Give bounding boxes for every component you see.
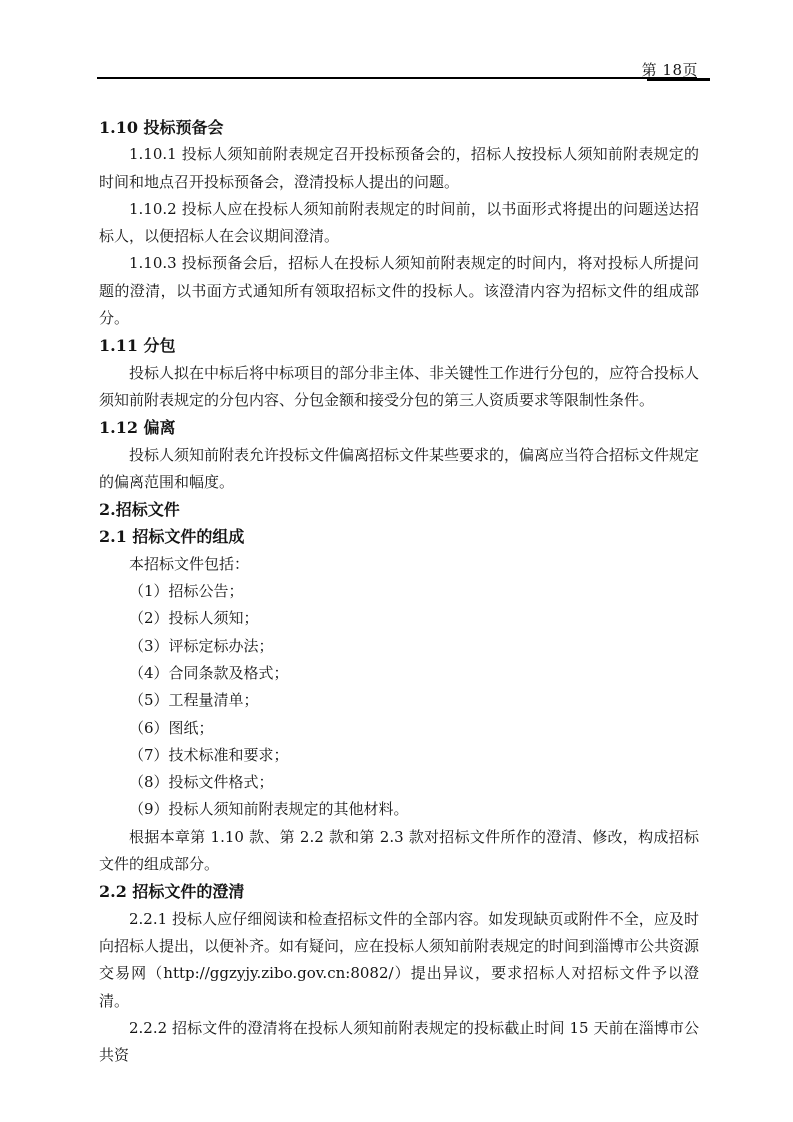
section-heading-2-1: 2.1 招标文件的组成 <box>99 523 699 550</box>
section-heading-2: 2.招标文件 <box>99 496 699 523</box>
paragraph-2-2-1: 2.2.1 投标人应仔细阅读和检查招标文件的全部内容。如发现缺页或附件不全，应及… <box>99 906 699 1015</box>
document-page: 第 18页 1.10 投标预备会 1.10.1 投标人须知前附表规定召开投标预备… <box>0 0 793 1122</box>
header-rule <box>97 77 697 79</box>
paragraph-2-2-2: 2.2.2 招标文件的澄清将在投标人须知前附表规定的投标截止时间 15 天前在淄… <box>99 1015 699 1070</box>
section-heading-1-11: 1.11 分包 <box>99 332 699 359</box>
list-item-6: （6）图纸； <box>99 715 699 742</box>
document-body: 1.10 投标预备会 1.10.1 投标人须知前附表规定召开投标预备会的，招标人… <box>99 114 699 1069</box>
paragraph-1-12: 投标人须知前附表允许投标文件偏离招标文件某些要求的，偏离应当符合招标文件规定的偏… <box>99 442 699 497</box>
paragraph-1-10-1: 1.10.1 投标人须知前附表规定召开投标预备会的，招标人按投标人须知前附表规定… <box>99 141 699 196</box>
list-item-4: （4）合同条款及格式； <box>99 660 699 687</box>
header-rule-accent <box>647 78 710 81</box>
paragraph-1-10-3: 1.10.3 投标预备会后，招标人在投标人须知前附表规定的时间内，将对投标人所提… <box>99 250 699 332</box>
section-heading-2-2: 2.2 招标文件的澄清 <box>99 878 699 905</box>
list-item-9: （9）投标人须知前附表规定的其他材料。 <box>99 796 699 823</box>
paragraph-2-1-after: 根据本章第 1.10 款、第 2.2 款和第 2.3 款对招标文件所作的澄清、修… <box>99 824 699 879</box>
paragraph-1-11: 投标人拟在中标后将中标项目的部分非主体、非关键性工作进行分包的，应符合投标人须知… <box>99 360 699 415</box>
list-item-5: （5）工程量清单； <box>99 687 699 714</box>
paragraph-1-10-2: 1.10.2 投标人应在投标人须知前附表规定的时间前，以书面形式将提出的问题送达… <box>99 196 699 251</box>
list-item-1: （1）招标公告； <box>99 578 699 605</box>
list-item-3: （3）评标定标办法； <box>99 633 699 660</box>
section-heading-1-12: 1.12 偏离 <box>99 414 699 441</box>
paragraph-2-1-intro: 本招标文件包括： <box>99 551 699 578</box>
list-item-2: （2）投标人须知； <box>99 605 699 632</box>
list-item-8: （8）投标文件格式； <box>99 769 699 796</box>
list-item-7: （7）技术标准和要求； <box>99 742 699 769</box>
section-heading-1-10: 1.10 投标预备会 <box>99 114 699 141</box>
